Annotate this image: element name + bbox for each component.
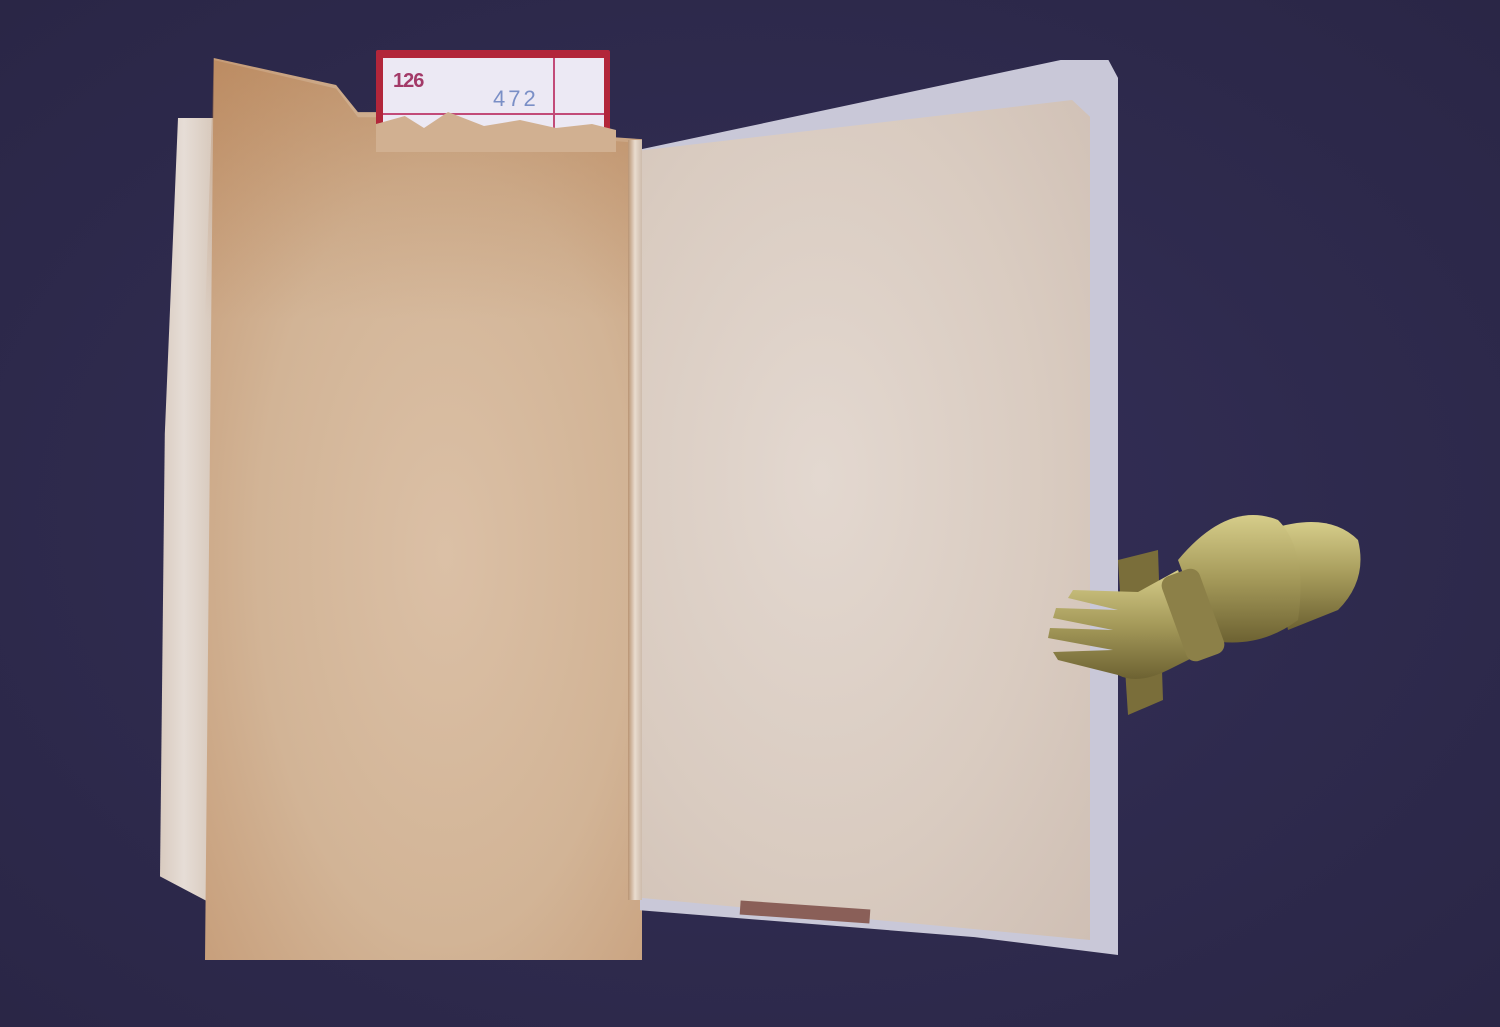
shelf-number: 126 [393,70,423,93]
inventory-number: 472 [493,86,539,112]
book-gutter [628,140,642,900]
label-divider-horizontal [383,113,604,115]
brass-hand-clip-icon [1028,500,1368,720]
right-endpaper [642,100,1090,940]
